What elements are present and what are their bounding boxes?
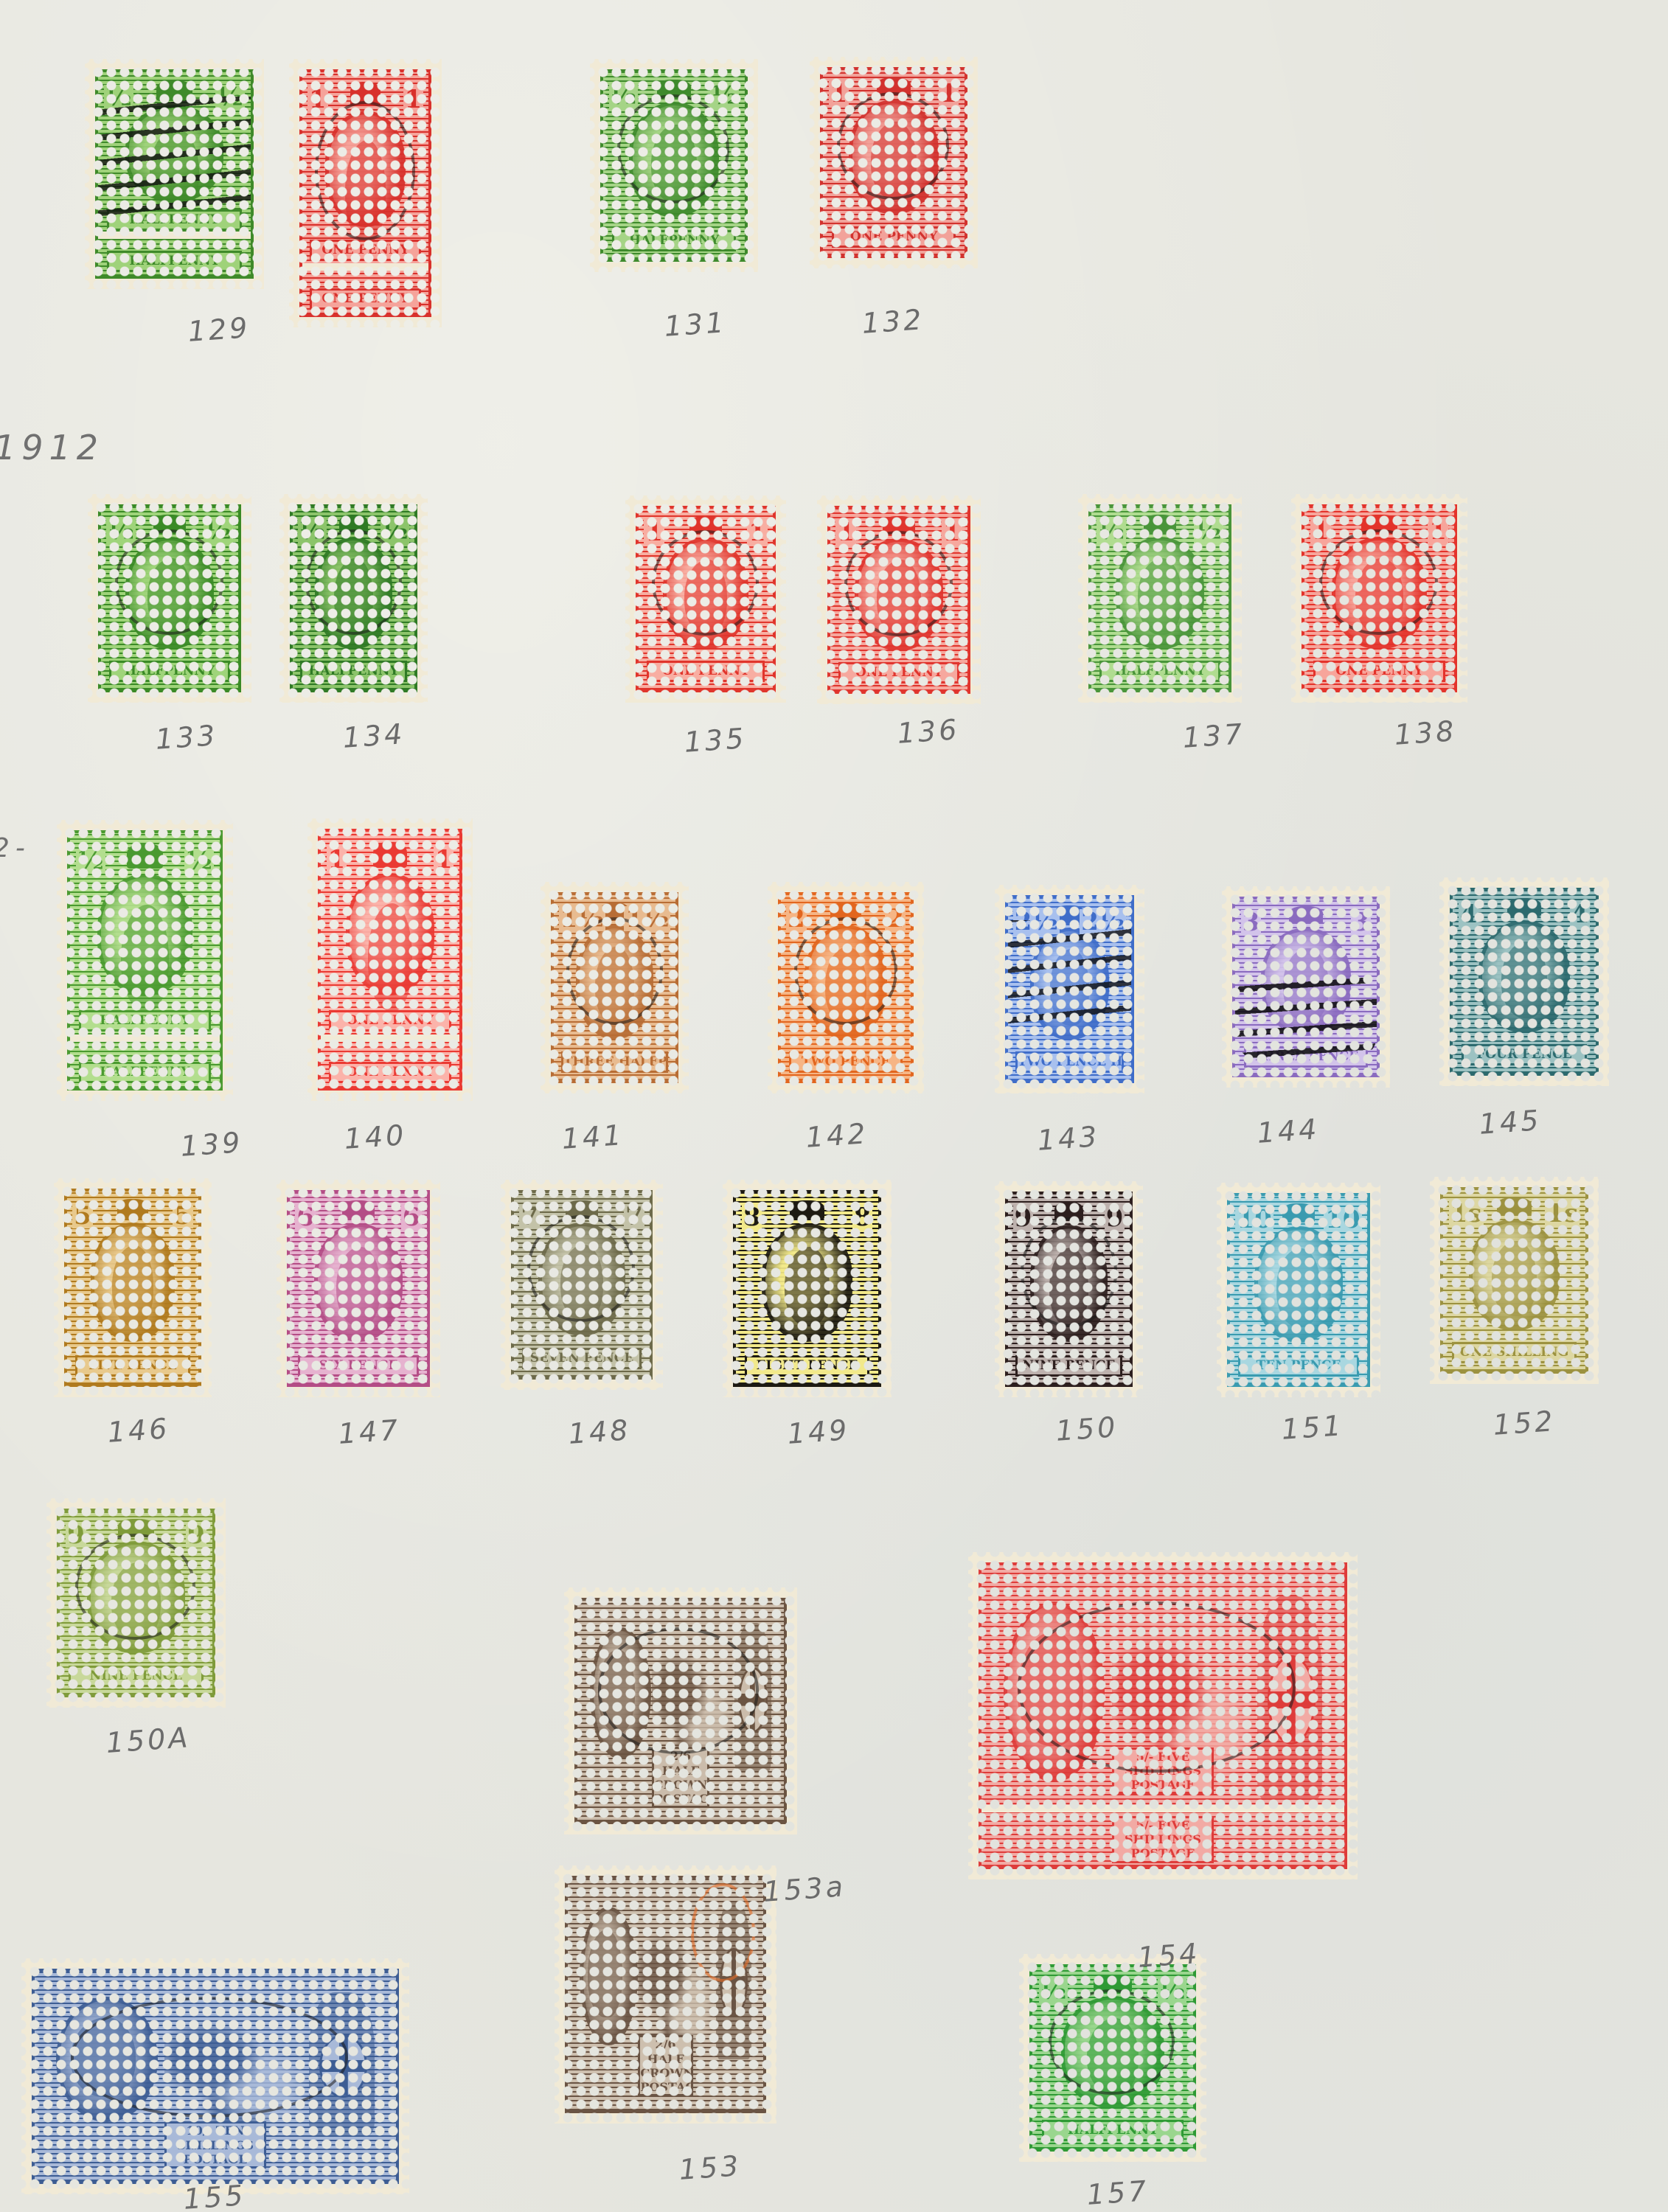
value-corner-right: ½ [215, 85, 244, 110]
crown-icon [1282, 1203, 1316, 1222]
stamp-design: 66SIX PENCE [287, 1190, 430, 1387]
stamp-design: 22TWO PENCE [778, 892, 914, 1083]
value-tablet: HALFPENNY [109, 661, 230, 682]
crown-icon [1497, 1197, 1531, 1216]
joined-stamp-strip: ONE PENNY [321, 1034, 459, 1088]
catalogue-label: 147 [337, 1413, 401, 1450]
joined-stamp-strip: HALFPENNY [98, 232, 251, 276]
stamp-151[interactable]: 1010TEN PENCE [1217, 1183, 1380, 1397]
value-corner-left: 10 [1235, 1207, 1273, 1232]
crown-icon [342, 1200, 375, 1220]
catalogue-label: 148 [567, 1413, 631, 1450]
king-head [345, 140, 386, 242]
union-shield-icon [1268, 1655, 1316, 1744]
value-corner-left: ½ [104, 85, 133, 110]
value-corner-right: ½ [380, 518, 409, 543]
king-head [112, 1245, 154, 1326]
value-corner-right: 3 [1351, 910, 1372, 935]
value-tablet: ONE SHILLING [1452, 1342, 1577, 1363]
king-head [1087, 2018, 1139, 2094]
value-corner-left: ½ [1039, 1978, 1068, 2003]
stamp-design: 77SEVEN PENCE [511, 1190, 653, 1380]
value-tablet: ONE PENNY [838, 662, 959, 684]
king-head [1018, 1632, 1083, 1746]
value-corner-left: ½ [1097, 518, 1125, 543]
value-corner-left: 2 [786, 906, 807, 931]
stamp-141[interactable]: 1½1½THREE HALFPENCE [541, 882, 689, 1093]
value-tablet: ONE PENNY [310, 240, 421, 261]
value-corner-left: 1 [835, 520, 856, 545]
value-corner-right: 1 [403, 87, 424, 112]
stamp-design: 2½2½TWO PENCE HALFPENNY [1005, 895, 1134, 1083]
value-tablet-lower: ONE PENNY [329, 1062, 451, 1083]
catalogue-label: 137 [1181, 717, 1245, 754]
stamp-147[interactable]: 66SIX PENCE [277, 1180, 440, 1397]
sea-horses [164, 2014, 309, 2126]
value-corner-left: 9 [1013, 1206, 1034, 1231]
king-head [877, 560, 921, 636]
stamp-149[interactable]: 88EIGHT PENCE [723, 1180, 892, 1397]
value-corner-left: 1 [307, 87, 328, 112]
king-head [368, 903, 412, 1011]
value-corner-right: 9 [1105, 1206, 1125, 1231]
king-head [1492, 1241, 1537, 1317]
stamp-design: 11ONE PENNYONE PENNY [299, 69, 431, 317]
value-tablet: TEN PENCE [1238, 1355, 1359, 1377]
stamp-design: 99NINE PENCE [57, 1509, 215, 1697]
joined-stamp-strip: HALFPENNY [70, 1034, 220, 1088]
stamp-132[interactable]: 11ONE PENNY [810, 57, 978, 268]
value-corner-left: ½ [76, 849, 105, 874]
value-corner-left: 1½ [559, 906, 605, 931]
catalogue-label: 139 [179, 1126, 243, 1163]
value-tablet-lower: HALFPENNY [79, 1062, 211, 1083]
value-corner-right: 1 [434, 847, 454, 872]
crown-icon [118, 1519, 155, 1537]
value-corner-right: 1½ [624, 906, 670, 931]
crown-icon [657, 80, 691, 98]
king-head [334, 558, 373, 635]
value-tablet: 10/- TEN SHILLINGS POSTAGE [164, 2121, 265, 2168]
catalogue-label: 135 [683, 722, 747, 759]
value-corner-right: 1 [942, 520, 962, 545]
value-corner-right: ½ [1194, 518, 1223, 543]
king-head [1049, 1248, 1088, 1327]
stamp-152[interactable]: 1s1sONE SHILLING [1430, 1177, 1599, 1384]
value-tablet: HALFPENNY [1042, 2120, 1184, 2141]
stamp-138[interactable]: 11ONE PENNY [1291, 494, 1467, 703]
stamp-design: 44FOUR PENCE [1450, 888, 1599, 1076]
stamp-design: 11ONE PENNY [820, 67, 967, 258]
margin-note-fragment: 2- [0, 833, 31, 863]
stamp-129[interactable]: ½½HALFPENNYHALFPENNY [85, 59, 264, 289]
value-corner-right: 1 [747, 520, 768, 545]
stamp-148[interactable]: 77SEVEN PENCE [501, 1180, 663, 1390]
value-corner-left: 8 [742, 1205, 762, 1230]
value-corner-right: 4 [1570, 902, 1591, 927]
stamp-design: 55FIVE PENCE [64, 1189, 201, 1387]
value-corner-right: 9 [186, 1523, 206, 1548]
value-corner-left: 1 [1310, 518, 1331, 543]
value-tablet: 2/6 HALF CROWN POSTAGE [638, 2035, 692, 2096]
king-head [111, 1562, 160, 1639]
king-head [71, 2017, 136, 2097]
stamp-design: 88EIGHT PENCE [733, 1190, 881, 1387]
stamp-153[interactable]: 2/6 HALF CROWN POSTAGE [555, 1865, 776, 2124]
stamp-design: 2/6 HALF CROWN POSTAGE [565, 1876, 766, 2113]
album-page: 1912 2- ½½HALFPENNYHALFPENNY 11ONE PENNY… [0, 0, 1668, 2212]
catalogue-label: 129 [187, 311, 251, 348]
catalogue-label: 134 [341, 717, 406, 754]
catalogue-label: 133 [154, 719, 218, 756]
value-tablet: FOUR PENCE [1462, 1044, 1588, 1065]
king-head [121, 905, 169, 1012]
value-tablet: NINE PENCE [69, 1666, 203, 1687]
stamp-136[interactable]: 11ONE PENNY [817, 495, 981, 704]
crown-icon [790, 1200, 824, 1220]
stamp-131[interactable]: ½½HALFPENNY [590, 59, 758, 272]
value-corner-left: ½ [106, 518, 135, 543]
stamp-144[interactable]: 33THREE PENCE [1222, 886, 1390, 1088]
union-shield-icon [319, 2034, 367, 2098]
value-tablet: ONE PENNY [329, 1010, 451, 1032]
stamp-150[interactable]: 99NINE PENCE [995, 1181, 1143, 1397]
stamp-design: 11ONE PENNY [636, 506, 776, 692]
value-corner-right: ½ [184, 849, 213, 874]
crown-icon [689, 516, 722, 535]
crown-icon [153, 515, 187, 533]
stamp-133[interactable]: ½½HALFPENNY [88, 494, 251, 703]
catalogue-label: 150A [105, 1721, 191, 1759]
stamp-design: ½½HALFPENNY [1029, 1964, 1196, 2152]
wavy-line-cancel [1235, 970, 1377, 1065]
stamp-157[interactable]: ½½HALFPENNY [1019, 1954, 1206, 2162]
value-tablet: TWO PENCE HALFPENNY [1015, 1051, 1124, 1073]
joined-stamp-strip: ONE PENNY [302, 263, 428, 314]
king-head [785, 1247, 830, 1327]
catalogue-label: 132 [861, 303, 925, 340]
stamp-142[interactable]: 22TWO PENCE [768, 882, 924, 1093]
sea-horses [652, 1645, 734, 1764]
stamp-design: 5/- FIVE SHILLINGS POSTAGE5/- FIVE SHILL… [979, 1562, 1347, 1869]
value-tablet: NINE PENCE [1015, 1355, 1122, 1377]
value-tablet: ONE PENNY [647, 661, 765, 682]
king-head [651, 125, 696, 203]
stamp-design: 11ONE PENNY [827, 506, 970, 694]
king-head [336, 1247, 380, 1327]
king-head [598, 1649, 635, 1733]
value-tablet: FIVE PENCE [75, 1355, 191, 1377]
stamp-design: 1s1sONE SHILLING [1440, 1187, 1588, 1374]
catalogue-label: 150 [1054, 1411, 1119, 1447]
stamp-135[interactable]: 11ONE PENNY [625, 495, 786, 703]
catalogue-label: 136 [896, 713, 960, 750]
catalogue-label: 153a [762, 1870, 847, 1908]
catalogue-label: 146 [106, 1412, 170, 1449]
crown-icon [883, 516, 916, 535]
catalogue-label: 142 [805, 1117, 869, 1154]
crown-icon [1094, 1975, 1132, 1993]
value-corner-right: 10 [1324, 1207, 1361, 1232]
stamp-150a[interactable]: 99NINE PENCE [46, 1498, 226, 1708]
value-corner-left: 3 [1241, 910, 1262, 935]
king-head [150, 129, 198, 215]
value-tablet: ONE PENNY [832, 226, 956, 248]
value-corner-left: ½ [609, 83, 638, 108]
value-tablet-lower: HALFPENNY [107, 251, 241, 272]
value-tablet-lower: 5/- FIVE SHILLINGS POSTAGE [1112, 1816, 1214, 1863]
value-corner-right: ½ [1158, 1978, 1186, 2003]
margin-note-year: 1912 [0, 428, 104, 467]
catalogue-label: 151 [1280, 1409, 1344, 1446]
king-head [1050, 949, 1089, 1026]
union-shield-icon [738, 1667, 768, 1733]
king-head [595, 947, 634, 1024]
stamp-design: ½½HALFPENNYHALFPENNY [67, 830, 223, 1091]
catalogue-label: 155 [182, 2179, 246, 2212]
stamp-design: 33THREE PENCE [1232, 897, 1380, 1077]
value-corner-right: 1 [939, 81, 959, 106]
value-tablet: 5/- FIVE SHILLINGS POSTAGE [1112, 1747, 1214, 1795]
stamp-design: ½½HALFPENNY [600, 69, 748, 262]
catalogue-label: 145 [1478, 1104, 1542, 1141]
stamp-155[interactable]: 10/- TEN SHILLINGS POSTAGE [21, 1958, 409, 2194]
catalogue-label: 154 [1136, 1937, 1200, 1974]
catalogue-label: 141 [560, 1119, 625, 1155]
king-head [684, 560, 727, 636]
stamp-design: 99NINE PENCE [1005, 1192, 1133, 1387]
crown-icon [156, 80, 193, 101]
value-corner-left: 9 [66, 1523, 86, 1548]
value-tablet: THREE HALFPENCE [561, 1051, 668, 1073]
value-corner-left: 4 [1459, 902, 1479, 927]
crown-icon [339, 515, 369, 533]
stamp-design: 10/- TEN SHILLINGS POSTAGE [32, 1969, 399, 2184]
crown-icon [566, 1200, 598, 1219]
catalogue-label: 131 [663, 306, 727, 343]
value-corner-right: 6 [401, 1205, 422, 1230]
king-head [147, 558, 192, 635]
value-corner-left: 2½ [1013, 909, 1060, 934]
value-corner-right: 2 [885, 906, 906, 931]
stamp-design: ½½HALFPENNY [1088, 504, 1231, 692]
crown-icon [1289, 906, 1323, 924]
king-head [1138, 558, 1182, 635]
value-tablet: HALFPENNY [107, 209, 241, 231]
stamp-design: ½½HALFPENNY [290, 504, 417, 692]
value-corner-right: ½ [710, 83, 739, 108]
catalogue-label: 140 [343, 1119, 407, 1155]
king-head [871, 122, 916, 199]
value-corner-right: 8 [852, 1205, 873, 1230]
value-tablet-lower: ONE PENNY [310, 288, 421, 310]
value-corner-right: ½ [204, 518, 232, 543]
value-tablet: TWO PENCE [789, 1051, 903, 1073]
catalogue-label: 157 [1085, 2174, 1150, 2211]
value-corner-left: 1s [1449, 1201, 1484, 1226]
value-corner-left: 5 [72, 1203, 93, 1228]
value-tablet: 2/6 HALF CROWN POSTAGE [652, 1747, 709, 1808]
value-tablet: SEVEN PENCE [522, 1348, 642, 1369]
value-tablet: HALFPENNY [612, 230, 737, 251]
value-corner-right: 5 [173, 1203, 193, 1228]
catalogue-label: 149 [786, 1413, 850, 1450]
crown-icon [127, 844, 163, 869]
stamp-137[interactable]: ½½HALFPENNY [1078, 494, 1242, 703]
value-corner-left: 6 [295, 1205, 316, 1230]
stamp-130-pair[interactable]: 11ONE PENNYONE PENNY [289, 59, 442, 327]
crown-icon [1507, 898, 1542, 917]
stamp-design: ½½HALFPENNYHALFPENNY [95, 69, 254, 279]
stamp-design: 11ONE PENNY [1302, 504, 1457, 692]
stamp-design: 2/6 HALF CROWN POSTAGE [574, 1598, 787, 1824]
value-corner-left: 1 [644, 520, 664, 545]
sea-horses [638, 1925, 716, 2051]
catalogue-label: 153 [678, 2149, 742, 2186]
value-corner-right: 7 [624, 1204, 644, 1229]
stamp-153a[interactable]: 2/6 HALF CROWN POSTAGE [564, 1587, 797, 1834]
value-tablet: HALFPENNY [79, 1010, 211, 1032]
crown-icon [1144, 515, 1177, 533]
crown-icon [1361, 515, 1397, 533]
value-tablet: HALFPENNY [300, 661, 407, 682]
crown-icon [373, 842, 406, 868]
value-tablet: ONE PENNY [1313, 661, 1445, 682]
crown-icon [877, 77, 911, 96]
value-tablet: EIGHT PENCE [745, 1355, 870, 1377]
stamp-134[interactable]: ½½HALFPENNY [279, 494, 428, 703]
value-corner-left: ½ [298, 518, 327, 543]
stamp-design: 1½1½THREE HALFPENCE [551, 892, 678, 1083]
stamp-design: 11ONE PENNYONE PENNY [318, 829, 462, 1091]
king-head [588, 1930, 623, 2017]
stamp-145[interactable]: 44FOUR PENCE [1439, 877, 1609, 1086]
crown-icon [117, 1199, 149, 1218]
stamp-139-pair[interactable]: ½½HALFPENNYHALFPENNY [57, 820, 233, 1101]
stamp-design: ½½HALFPENNY [98, 504, 241, 692]
union-shield-icon [720, 1948, 748, 2017]
value-corner-left: 1 [327, 847, 347, 872]
king-head [825, 947, 866, 1024]
catalogue-label: 152 [1492, 1405, 1556, 1441]
crown-icon [1054, 1202, 1084, 1221]
value-tablet: HALFPENNY [1099, 661, 1220, 682]
king-head [560, 1245, 604, 1322]
value-corner-left: 7 [519, 1204, 540, 1229]
crown-icon [350, 82, 380, 106]
catalogue-label: 143 [1036, 1120, 1100, 1157]
catalogue-label: 138 [1393, 714, 1457, 751]
value-corner-right: 1s [1545, 1201, 1580, 1226]
value-corner-right: 1 [1428, 518, 1448, 543]
crown-icon [830, 902, 861, 921]
catalogue-label: 144 [1256, 1113, 1320, 1150]
stamp-design: 1010TEN PENCE [1227, 1193, 1370, 1387]
joined-stamp-strip: 5/- FIVE SHILLINGS POSTAGE [981, 1805, 1344, 1866]
value-corner-right: 2½ [1080, 909, 1126, 934]
value-corner-left: 1 [829, 81, 849, 106]
king-head [1501, 942, 1547, 1018]
king-head [1355, 558, 1403, 635]
stamp-140-pair[interactable]: 11ONE PENNYONE PENNY [307, 818, 473, 1101]
king-head [1276, 1248, 1321, 1327]
stamp-146[interactable]: 55FIVE PENCE [54, 1178, 212, 1397]
value-tablet: SIX PENCE [298, 1355, 419, 1377]
stamp-154-pair[interactable]: 5/- FIVE SHILLINGS POSTAGE5/- FIVE SHILL… [968, 1552, 1358, 1879]
stamp-143[interactable]: 2½2½TWO PENCE HALFPENNY [995, 885, 1144, 1093]
